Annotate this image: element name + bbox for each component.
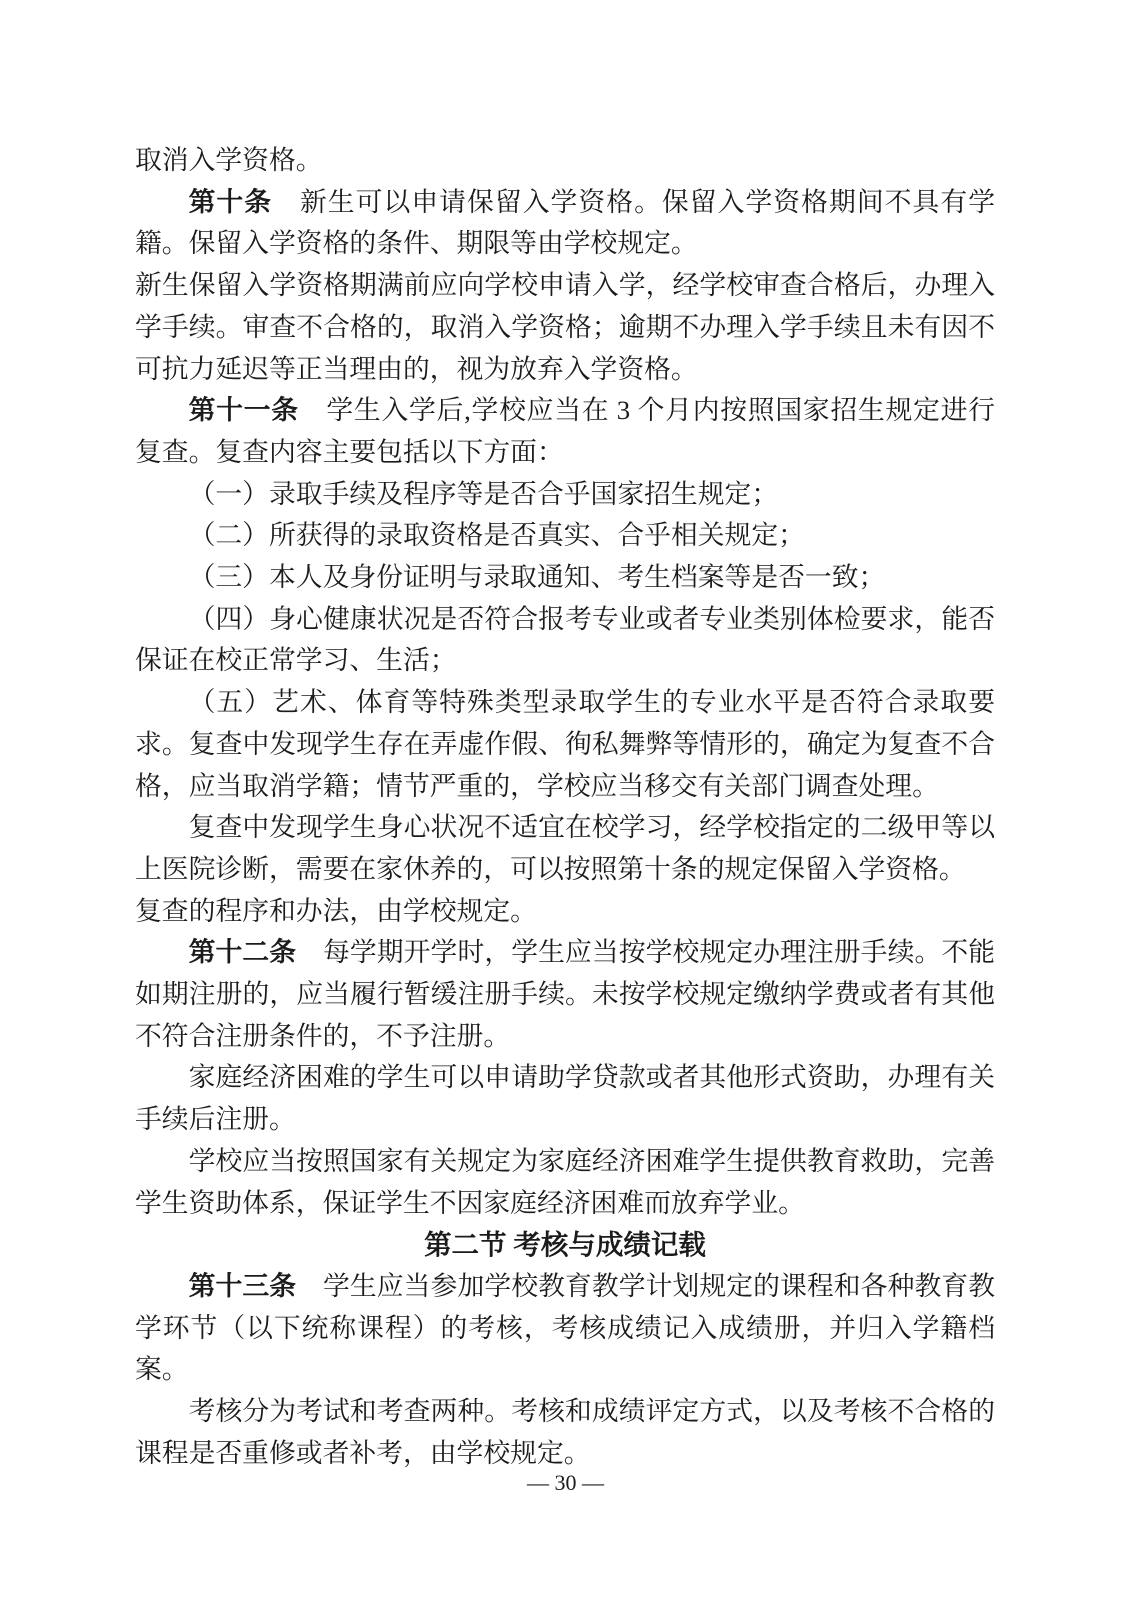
paragraph-text: 家庭经济困难的学生可以申请助学贷款或者其他形式资助，办理有关手续后注册。 [135,1062,995,1134]
paragraph-text: （二）所获得的录取资格是否真实、合乎相关规定； [189,520,805,550]
paragraph-text: 学校应当按照国家有关规定为家庭经济困难学生提供教育救助，完善学生资助体系，保证学… [135,1146,995,1218]
article-number: 第十一条 [189,395,299,425]
article-number: 第十三条 [189,1271,297,1301]
article-number: 第十条 [189,187,273,217]
paragraph-text: （四）身心健康状况是否符合报考专业或者专业类别体检要求，能否保证在校正常学习、生… [135,604,995,676]
paragraph: 复查中发现学生身心状况不适宜在校学习，经学校指定的二级甲等以上医院诊断，需要在家… [135,807,995,890]
document-page: 取消入学资格。 第十条 新生可以申请保留入学资格。保留入学资格期间不具有学籍。保… [0,0,1131,1600]
paragraph-text: 复查中发现学生身心状况不适宜在校学习，经学校指定的二级甲等以上医院诊断，需要在家… [135,812,995,884]
paragraph-item-4: （四）身心健康状况是否符合报考专业或者专业类别体检要求，能否保证在校正常学习、生… [135,599,995,682]
paragraph: 考核分为考试和考查两种。考核和成绩评定方式，以及考核不合格的课程是否重修或者补考… [135,1391,995,1474]
paragraph-text: 考核分为考试和考查两种。考核和成绩评定方式，以及考核不合格的课程是否重修或者补考… [135,1396,995,1468]
page-number: — 30 — [0,1468,1131,1498]
document-body: 取消入学资格。 第十条 新生可以申请保留入学资格。保留入学资格期间不具有学籍。保… [135,140,995,1475]
paragraph: 家庭经济困难的学生可以申请助学贷款或者其他形式资助，办理有关手续后注册。 [135,1057,995,1140]
paragraph-text: （五）艺术、体育等特殊类型录取学生的专业水平是否符合录取要求。复查中发现学生存在… [135,687,995,800]
paragraph: 学校应当按照国家有关规定为家庭经济困难学生提供教育救助，完善学生资助体系，保证学… [135,1141,995,1224]
paragraph-text: 取消入学资格。 [135,145,323,175]
paragraph-article-12: 第十二条 每学期开学时，学生应当按学校规定办理注册手续。不能如期注册的，应当履行… [135,932,995,1057]
paragraph-article-10: 第十条 新生可以申请保留入学资格。保留入学资格期间不具有学籍。保留入学资格的条件… [135,182,995,265]
article-number: 第十二条 [189,937,297,967]
paragraph: 取消入学资格。 [135,140,995,182]
paragraph-item-2: （二）所获得的录取资格是否真实、合乎相关规定； [135,515,995,557]
paragraph-article-11: 第十一条 学生入学后,学校应当在 3 个月内按照国家招生规定进行复查。复查内容主… [135,390,995,473]
paragraph-article-13: 第十三条 学生应当参加学校教育教学计划规定的课程和各种教育教学环节（以下统称课程… [135,1266,995,1391]
paragraph: 新生保留入学资格期满前应向学校申请入学，经学校审查合格后，办理入学手续。审查不合… [135,265,995,390]
paragraph-item-5: （五）艺术、体育等特殊类型录取学生的专业水平是否符合录取要求。复查中发现学生存在… [135,682,995,807]
paragraph: 复查的程序和办法，由学校规定。 [135,891,995,933]
section-heading: 第二节 考核与成绩记载 [135,1224,995,1266]
paragraph-text: （一）录取手续及程序等是否合乎国家招生规定； [189,479,779,509]
paragraph-text: （三）本人及身份证明与录取通知、考生档案等是否一致； [189,562,886,592]
paragraph-item-1: （一）录取手续及程序等是否合乎国家招生规定； [135,474,995,516]
paragraph-text: 复查的程序和办法，由学校规定。 [135,896,537,926]
paragraph-text: 新生保留入学资格期满前应向学校申请入学，经学校审查合格后，办理入学手续。审查不合… [135,270,995,383]
paragraph-item-3: （三）本人及身份证明与录取通知、考生档案等是否一致； [135,557,995,599]
